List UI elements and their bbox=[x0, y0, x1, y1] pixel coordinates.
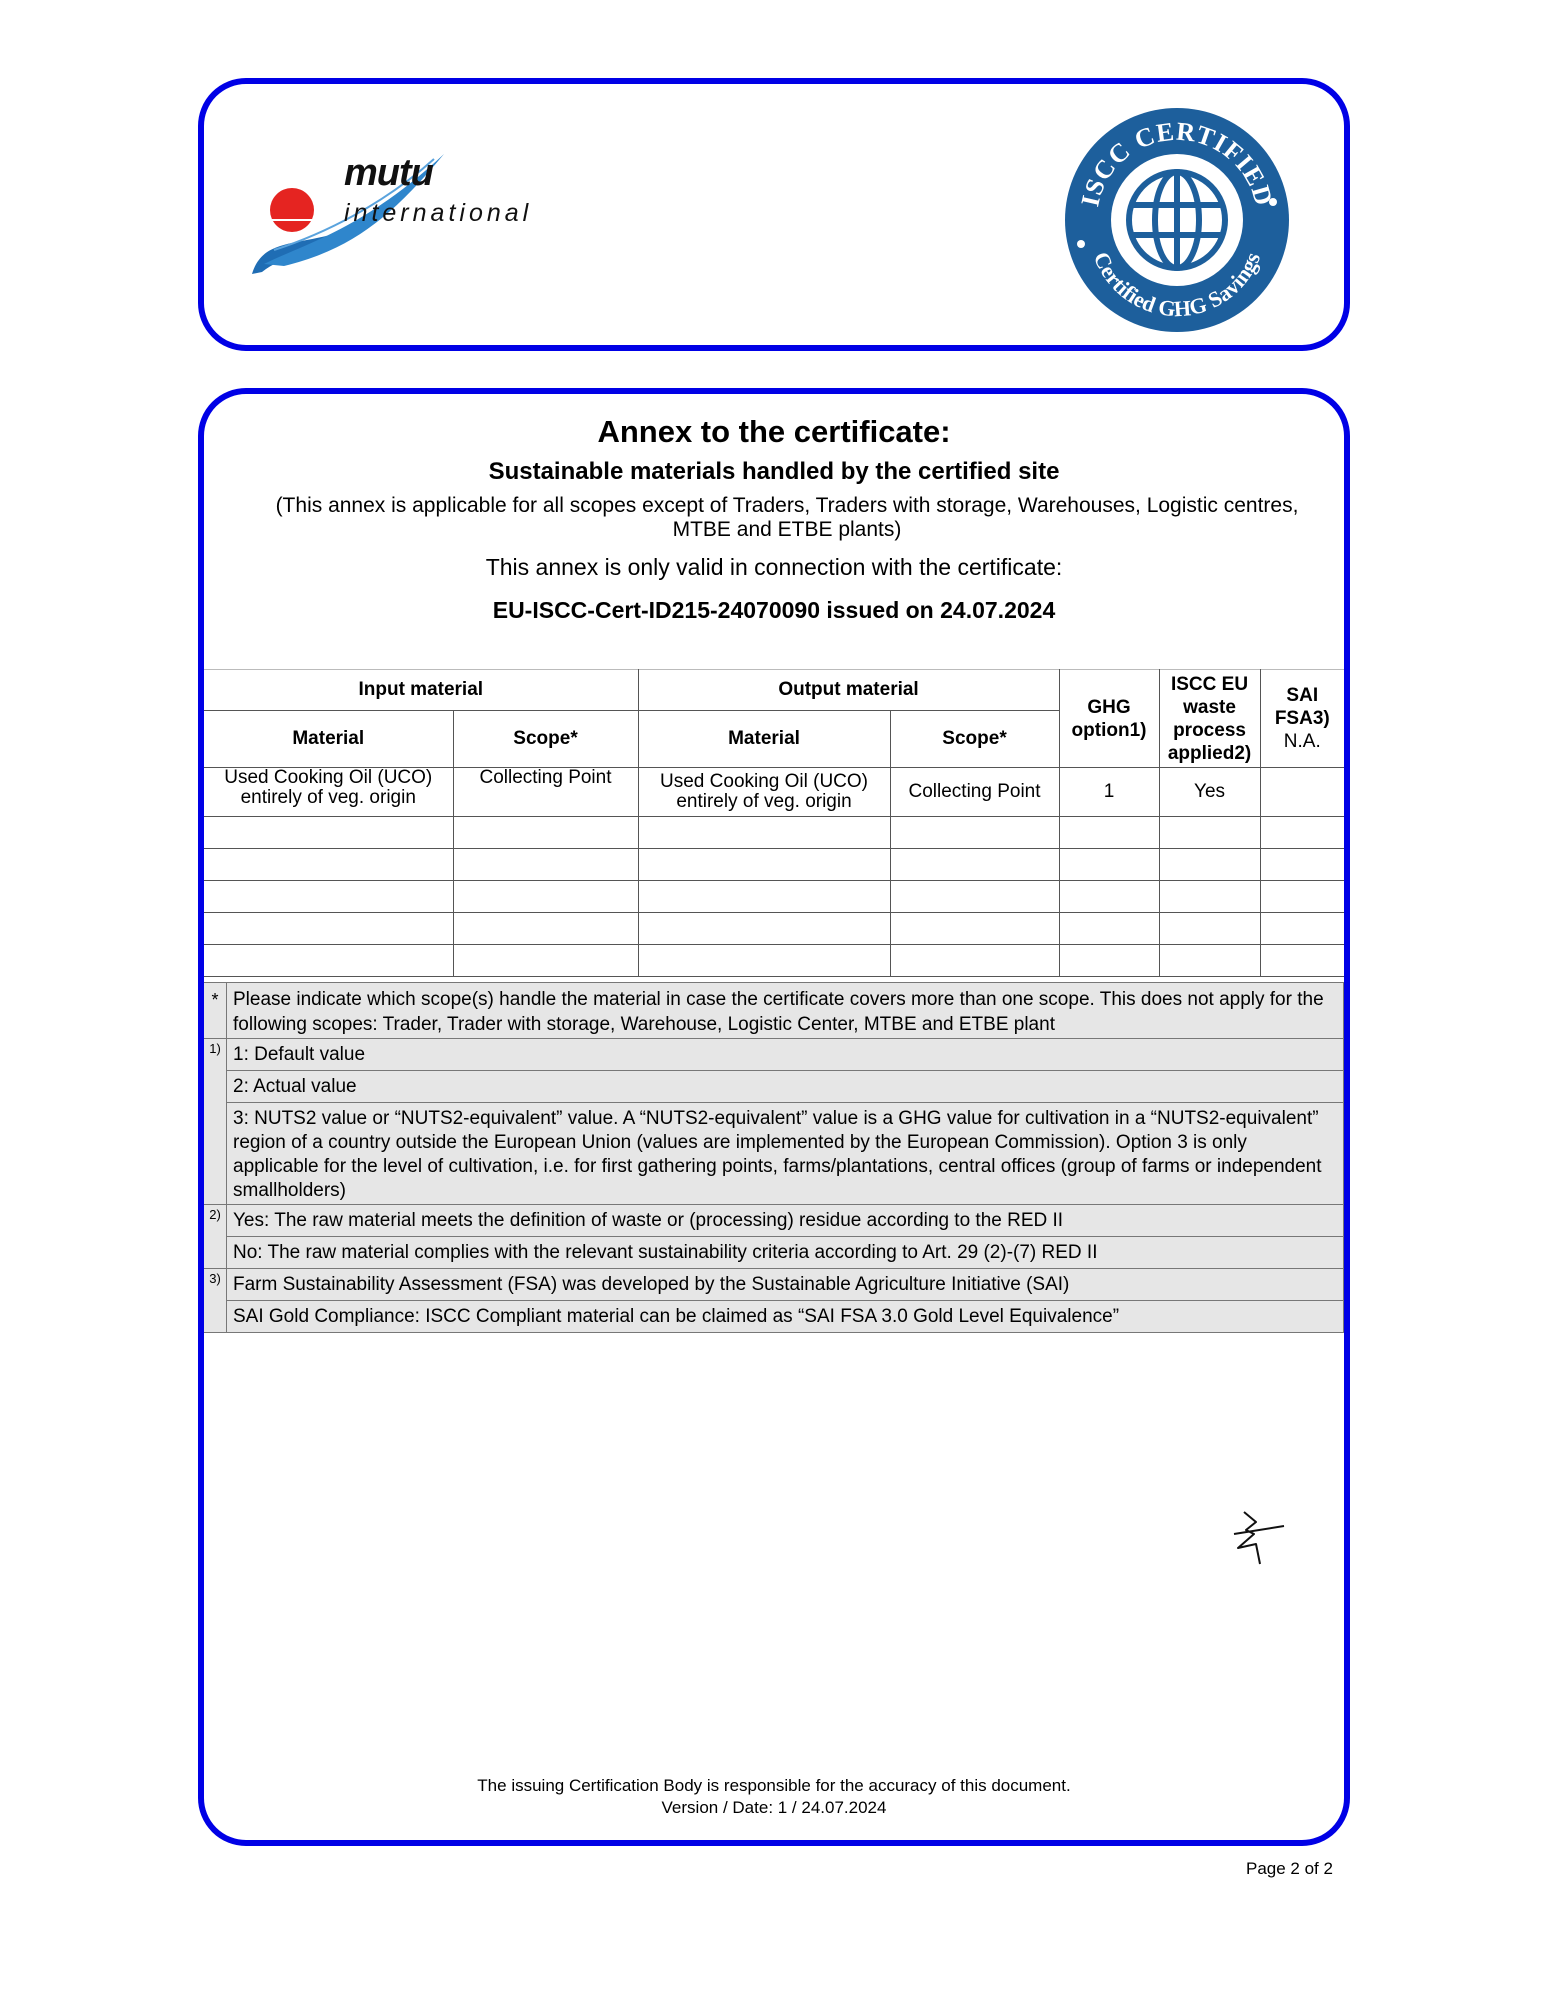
ghg-option-cell: 1 bbox=[1059, 768, 1159, 817]
footnote-text: 1: Default value bbox=[227, 1039, 1344, 1071]
footnote-marker: 3) bbox=[204, 1269, 227, 1333]
empty-cell bbox=[1260, 817, 1344, 849]
empty-cell bbox=[638, 881, 890, 913]
footnote-marker: 2) bbox=[204, 1205, 227, 1269]
empty-cell bbox=[1260, 945, 1344, 977]
footnote-marker: * bbox=[204, 983, 227, 1039]
empty-cell bbox=[1260, 881, 1344, 913]
empty-cell bbox=[890, 945, 1059, 977]
footnotes-table: * Please indicate which scope(s) handle … bbox=[204, 982, 1344, 1333]
certificate-id: EU-ISCC-Cert-ID215-24070090 issued on 24… bbox=[204, 597, 1344, 624]
materials-table: Input material Output material GHG optio… bbox=[204, 669, 1344, 977]
annex-frame: Annex to the certificate: Sustainable ma… bbox=[198, 388, 1350, 1846]
output-scope-cell: Collecting Point bbox=[890, 768, 1059, 817]
empty-cell bbox=[453, 913, 638, 945]
input-scope-cell: Collecting Point bbox=[453, 768, 638, 817]
empty-cell bbox=[1059, 817, 1159, 849]
footnote-text: Yes: The raw material meets the definiti… bbox=[227, 1205, 1344, 1237]
empty-cell bbox=[1059, 913, 1159, 945]
responsibility-note: The issuing Certification Body is respon… bbox=[204, 1776, 1344, 1796]
empty-cell bbox=[204, 945, 453, 977]
footnote-text: No: The raw material complies with the r… bbox=[227, 1237, 1344, 1269]
empty-cell bbox=[890, 817, 1059, 849]
output-material-cell: Used Cooking Oil (UCO) entirely of veg. … bbox=[638, 768, 890, 817]
applicability-note: (This annex is applicable for all scopes… bbox=[204, 494, 1344, 542]
sai-fsa-cell bbox=[1260, 768, 1344, 817]
empty-cell bbox=[204, 913, 453, 945]
table-row-empty bbox=[204, 817, 1344, 849]
empty-cell bbox=[453, 881, 638, 913]
version-date: Version / Date: 1 / 24.07.2024 bbox=[204, 1798, 1344, 1818]
empty-cell bbox=[1159, 817, 1260, 849]
empty-cell bbox=[1159, 913, 1260, 945]
header-frame: mutu international ISCC CERTIFIED Certif… bbox=[198, 78, 1350, 351]
empty-cell bbox=[638, 817, 890, 849]
empty-cell bbox=[1159, 945, 1260, 977]
input-scope-col: Scope* bbox=[453, 711, 638, 768]
footnote-text: Please indicate which scope(s) handle th… bbox=[227, 983, 1344, 1039]
company-name: mutu bbox=[344, 152, 433, 195]
page-title: Annex to the certificate: bbox=[204, 414, 1344, 450]
table-row-empty bbox=[204, 881, 1344, 913]
footnote-3: 3) Farm Sustainability Assessment (FSA) … bbox=[204, 1269, 1344, 1301]
validity-note: This annex is only valid in connection w… bbox=[204, 554, 1344, 581]
output-material-col: Material bbox=[638, 711, 890, 768]
footnote-marker: 1) bbox=[204, 1039, 227, 1205]
empty-cell bbox=[453, 817, 638, 849]
empty-cell bbox=[204, 817, 453, 849]
waste-process-header: ISCC EU waste process applied2) bbox=[1159, 670, 1260, 768]
empty-cell bbox=[638, 913, 890, 945]
footnote-text: 2: Actual value bbox=[227, 1071, 1344, 1103]
table-row-empty bbox=[204, 913, 1344, 945]
empty-cell bbox=[453, 945, 638, 977]
empty-cell bbox=[1059, 881, 1159, 913]
sai-fsa-value: N.A. bbox=[1284, 731, 1321, 752]
iscc-certified-seal-icon: ISCC CERTIFIED Certified GHG Savings bbox=[1059, 102, 1295, 338]
sai-fsa-label: SAI FSA3) bbox=[1275, 685, 1330, 729]
page-number: Page 2 of 2 bbox=[1246, 1859, 1333, 1879]
empty-cell bbox=[204, 881, 453, 913]
footnote-1: 1) 1: Default value bbox=[204, 1039, 1344, 1071]
table-row-empty bbox=[204, 849, 1344, 881]
table-row-empty bbox=[204, 945, 1344, 977]
empty-cell bbox=[1059, 849, 1159, 881]
footnote-text: 3: NUTS2 value or “NUTS2-equivalent” val… bbox=[227, 1103, 1344, 1205]
output-material-header: Output material bbox=[638, 670, 1059, 711]
footnote-2: 2) Yes: The raw material meets the defin… bbox=[204, 1205, 1344, 1237]
empty-cell bbox=[1260, 913, 1344, 945]
footnote-star: * Please indicate which scope(s) handle … bbox=[204, 983, 1344, 1039]
ghg-option-header: GHG option1) bbox=[1059, 670, 1159, 768]
footnote-text: Farm Sustainability Assessment (FSA) was… bbox=[227, 1269, 1344, 1301]
output-scope-col: Scope* bbox=[890, 711, 1059, 768]
empty-cell bbox=[1159, 849, 1260, 881]
input-material-cell: Used Cooking Oil (UCO) entirely of veg. … bbox=[204, 768, 453, 817]
empty-cell bbox=[890, 913, 1059, 945]
signature-icon bbox=[1224, 1504, 1294, 1574]
sai-fsa-header: SAI FSA3) N.A. bbox=[1260, 670, 1344, 768]
table-row: Used Cooking Oil (UCO) entirely of veg. … bbox=[204, 768, 1344, 817]
empty-cell bbox=[1059, 945, 1159, 977]
empty-cell bbox=[890, 849, 1059, 881]
empty-cell bbox=[890, 881, 1059, 913]
footnote-text: SAI Gold Compliance: ISCC Compliant mate… bbox=[227, 1301, 1344, 1333]
page-subtitle: Sustainable materials handled by the cer… bbox=[204, 458, 1344, 486]
waste-process-cell: Yes bbox=[1159, 768, 1260, 817]
input-material-header: Input material bbox=[204, 670, 638, 711]
empty-cell bbox=[1159, 881, 1260, 913]
empty-cell bbox=[453, 849, 638, 881]
input-material-col: Material bbox=[204, 711, 453, 768]
empty-cell bbox=[204, 849, 453, 881]
empty-cell bbox=[638, 849, 890, 881]
company-subtitle: international bbox=[344, 199, 532, 228]
empty-cell bbox=[638, 945, 890, 977]
empty-cell bbox=[1260, 849, 1344, 881]
